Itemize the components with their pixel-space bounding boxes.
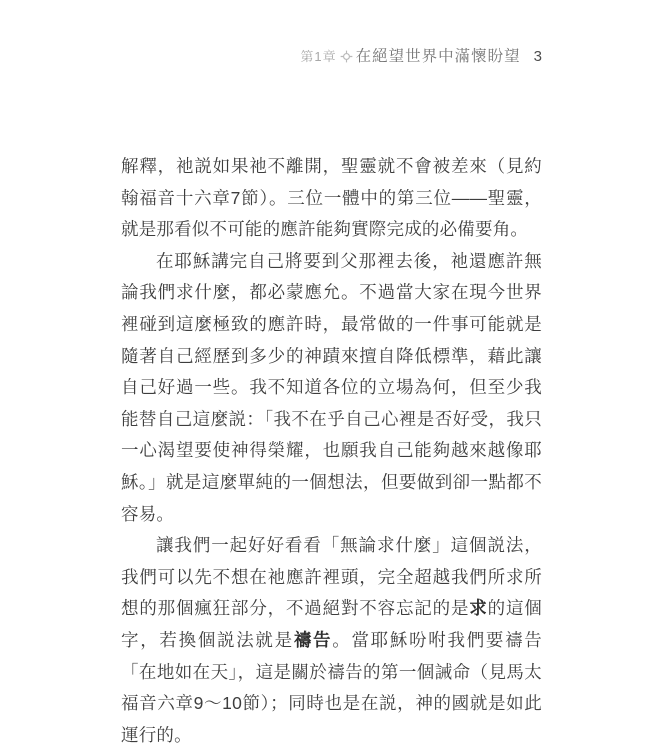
chapter-title: 在絕望世界中滿懷盼望 xyxy=(356,44,521,66)
text-segment: 在耶穌講完自己將要到父那裡去後，祂還應許無論我們求什麼，都必蒙應允。不過當大家在… xyxy=(121,251,542,524)
body-paragraph: 讓我們一起好好看看「無論求什麼」這個説法，我們可以先不想在祂應許裡頭，完全超越我… xyxy=(121,530,542,750)
body-paragraph: 解釋，祂説如果祂不離開，聖靈就不會被差來（見約翰福音十六章7節）。三位一體中的第… xyxy=(121,151,542,246)
text-segment: 解釋，祂説如果祂不離開，聖靈就不會被差來（見約翰福音十六章7節）。三位一體中的第… xyxy=(121,156,542,239)
page-number: 3 xyxy=(534,48,542,65)
book-page: 第1章 在絕望世界中滿懷盼望 3 解釋，祂説如果祂不離開，聖靈就不會被差來（見約… xyxy=(0,0,650,750)
text-segment-bold: 禱告 xyxy=(294,630,332,650)
chapter-number: 第1章 xyxy=(300,46,336,65)
body-paragraph: 在耶穌講完自己將要到父那裡去後，祂還應許無論我們求什麼，都必蒙應允。不過當大家在… xyxy=(121,246,542,530)
page-header: 第1章 在絕望世界中滿懷盼望 3 xyxy=(300,44,542,66)
body-text: 解釋，祂説如果祂不離開，聖靈就不會被差來（見約翰福音十六章7節）。三位一體中的第… xyxy=(121,151,542,750)
text-segment-bold: 求 xyxy=(469,598,487,618)
compass-ornament-icon xyxy=(340,50,353,63)
